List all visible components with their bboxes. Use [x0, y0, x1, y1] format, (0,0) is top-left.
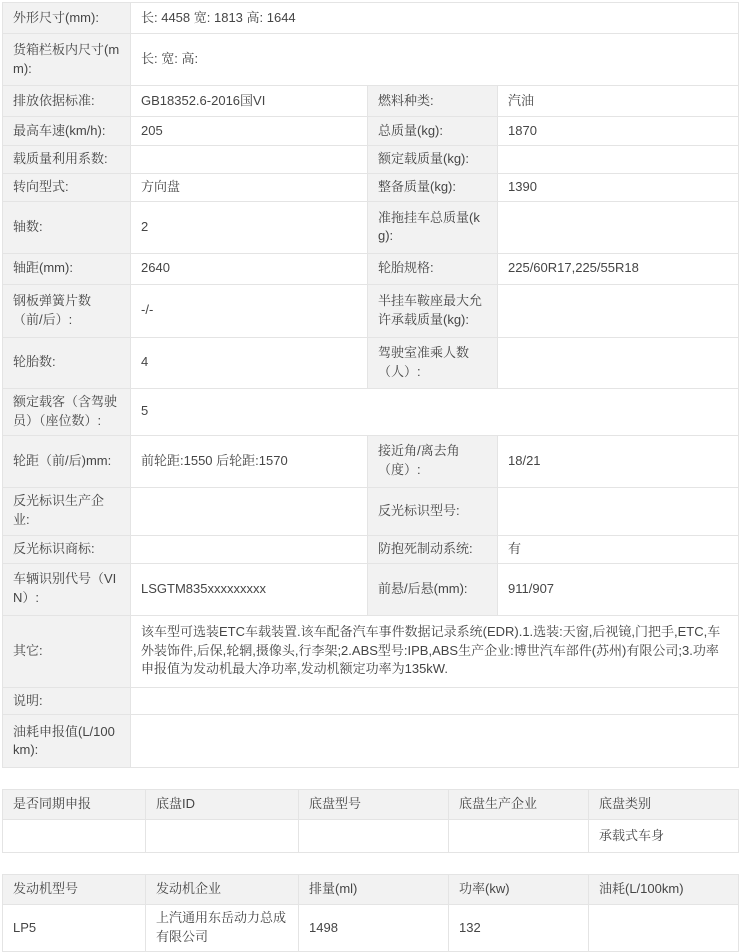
field-label: 轮胎数: [3, 337, 131, 388]
spec-row: 转向型式:方向盘整备质量(kg):1390 [3, 173, 739, 201]
field-value [498, 201, 739, 253]
field-value: 有 [498, 535, 739, 563]
field-label: 货箱栏板内尺寸(mm): [3, 34, 131, 86]
table-cell [146, 820, 299, 853]
field-value: 225/60R17,225/55R18 [498, 253, 739, 284]
field-value: 前轮距:1550 后轮距:1570 [131, 435, 368, 487]
field-value: -/- [131, 284, 368, 337]
column-header: 油耗(L/100km) [589, 875, 739, 905]
table-cell: 1498 [299, 905, 449, 952]
field-value: 2 [131, 201, 368, 253]
spec-row: 轮胎数:4驾驶室准乘人数（人）: [3, 337, 739, 388]
field-value: 18/21 [498, 435, 739, 487]
field-label: 防抱死制动系统: [368, 535, 498, 563]
field-value: 1870 [498, 117, 739, 146]
field-label: 外形尺寸(mm): [3, 3, 131, 34]
table-cell [3, 820, 146, 853]
vehicle-spec-body: 外形尺寸(mm):长: 4458 宽: 1813 高: 1644货箱栏板内尺寸(… [3, 3, 739, 768]
field-value: 4 [131, 337, 368, 388]
field-value [498, 337, 739, 388]
field-value [498, 487, 739, 535]
chassis-table: 是否同期申报底盘ID底盘型号底盘生产企业底盘类别承载式车身 [2, 789, 739, 853]
field-label: 前悬/后悬(mm): [368, 563, 498, 615]
spec-row: 车辆识别代号（VIN）:LSGTM835xxxxxxxxx前悬/后悬(mm):9… [3, 563, 739, 615]
vehicle-spec-table: 外形尺寸(mm):长: 4458 宽: 1813 高: 1644货箱栏板内尺寸(… [2, 2, 739, 768]
table-cell [589, 905, 739, 952]
field-label: 载质量利用系数: [3, 146, 131, 174]
field-label: 整备质量(kg): [368, 173, 498, 201]
field-value: GB18352.6-2016国VI [131, 86, 368, 117]
field-value: 205 [131, 117, 368, 146]
field-label: 转向型式: [3, 173, 131, 201]
header-row: 发动机型号发动机企业排量(ml)功率(kw)油耗(L/100km) [3, 875, 739, 905]
table-cell: LP5 [3, 905, 146, 952]
field-value [498, 284, 739, 337]
field-label: 额定载客（含驾驶员）（座位数）: [3, 388, 131, 435]
field-label: 最高车速(km/h): [3, 117, 131, 146]
field-label: 接近角/离去角（度）: [368, 435, 498, 487]
field-label: 其它: [3, 615, 131, 687]
column-header: 排量(ml) [299, 875, 449, 905]
spec-row: 钢板弹簧片数（前/后）:-/-半挂车鞍座最大允许承载质量(kg): [3, 284, 739, 337]
field-label: 轴数: [3, 201, 131, 253]
column-header: 发动机企业 [146, 875, 299, 905]
field-value: 长: 宽: 高: [131, 34, 739, 86]
field-value: 该车型可选装ETC车载装置.该车配备汽车事件数据记录系统(EDR).1.选装:天… [131, 615, 739, 687]
field-label: 驾驶室准乘人数（人）: [368, 337, 498, 388]
field-label: 反光标识商标: [3, 535, 131, 563]
header-row: 是否同期申报底盘ID底盘型号底盘生产企业底盘类别 [3, 790, 739, 820]
spec-row: 油耗申报值(L/100km): [3, 715, 739, 768]
field-label: 轮胎规格: [368, 253, 498, 284]
column-header: 底盘型号 [299, 790, 449, 820]
spec-row: 轴距(mm):2640轮胎规格:225/60R17,225/55R18 [3, 253, 739, 284]
field-value [131, 687, 739, 715]
field-label: 反光标识型号: [368, 487, 498, 535]
field-value [498, 146, 739, 174]
column-header: 底盘生产企业 [449, 790, 589, 820]
spec-row: 反光标识生产企业:反光标识型号: [3, 487, 739, 535]
field-label: 总质量(kg): [368, 117, 498, 146]
field-value: 方向盘 [131, 173, 368, 201]
spec-row: 其它:该车型可选装ETC车载装置.该车配备汽车事件数据记录系统(EDR).1.选… [3, 615, 739, 687]
field-label: 说明: [3, 687, 131, 715]
vehicle-declaration-page: 外形尺寸(mm):长: 4458 宽: 1813 高: 1644货箱栏板内尺寸(… [0, 0, 750, 952]
column-header: 功率(kw) [449, 875, 589, 905]
field-label: 轴距(mm): [3, 253, 131, 284]
field-value: 2640 [131, 253, 368, 284]
field-value [131, 487, 368, 535]
table-cell: 132 [449, 905, 589, 952]
spec-row: 外形尺寸(mm):长: 4458 宽: 1813 高: 1644 [3, 3, 739, 34]
field-value: 5 [131, 388, 739, 435]
field-label: 排放依据标准: [3, 86, 131, 117]
spec-row: 轴数:2准拖挂车总质量(kg): [3, 201, 739, 253]
field-label: 准拖挂车总质量(kg): [368, 201, 498, 253]
column-header: 是否同期申报 [3, 790, 146, 820]
table-row: LP5上汽通用东岳动力总成有限公司1498132 [3, 905, 739, 952]
field-value [131, 715, 739, 768]
field-value: 汽油 [498, 86, 739, 117]
spec-row: 排放依据标准:GB18352.6-2016国VI燃料种类:汽油 [3, 86, 739, 117]
table-gap [2, 768, 738, 789]
spec-row: 货箱栏板内尺寸(mm):长: 宽: 高: [3, 34, 739, 86]
field-value: 911/907 [498, 563, 739, 615]
field-value [131, 535, 368, 563]
spec-row: 载质量利用系数:额定载质量(kg): [3, 146, 739, 174]
field-label: 额定载质量(kg): [368, 146, 498, 174]
field-value [131, 146, 368, 174]
spec-row: 轮距（前/后)mm:前轮距:1550 后轮距:1570接近角/离去角（度）:18… [3, 435, 739, 487]
field-label: 反光标识生产企业: [3, 487, 131, 535]
field-value: LSGTM835xxxxxxxxx [131, 563, 368, 615]
column-header: 底盘ID [146, 790, 299, 820]
spec-row: 额定载客（含驾驶员）（座位数）:5 [3, 388, 739, 435]
spec-row: 说明: [3, 687, 739, 715]
column-header: 底盘类别 [589, 790, 739, 820]
engine-table-body: 发动机型号发动机企业排量(ml)功率(kw)油耗(L/100km)LP5上汽通用… [3, 875, 739, 952]
field-label: 油耗申报值(L/100km): [3, 715, 131, 768]
table-cell [449, 820, 589, 853]
table-gap [2, 853, 738, 874]
field-label: 燃料种类: [368, 86, 498, 117]
spec-row: 反光标识商标:防抱死制动系统:有 [3, 535, 739, 563]
table-cell: 承载式车身 [589, 820, 739, 853]
field-label: 轮距（前/后)mm: [3, 435, 131, 487]
engine-table: 发动机型号发动机企业排量(ml)功率(kw)油耗(L/100km)LP5上汽通用… [2, 874, 739, 952]
table-row: 承载式车身 [3, 820, 739, 853]
table-cell: 上汽通用东岳动力总成有限公司 [146, 905, 299, 952]
column-header: 发动机型号 [3, 875, 146, 905]
field-label: 半挂车鞍座最大允许承载质量(kg): [368, 284, 498, 337]
spec-row: 最高车速(km/h):205总质量(kg):1870 [3, 117, 739, 146]
field-label: 车辆识别代号（VIN）: [3, 563, 131, 615]
field-value: 1390 [498, 173, 739, 201]
table-cell [299, 820, 449, 853]
chassis-table-body: 是否同期申报底盘ID底盘型号底盘生产企业底盘类别承载式车身 [3, 790, 739, 853]
field-value: 长: 4458 宽: 1813 高: 1644 [131, 3, 739, 34]
field-label: 钢板弹簧片数（前/后）: [3, 284, 131, 337]
